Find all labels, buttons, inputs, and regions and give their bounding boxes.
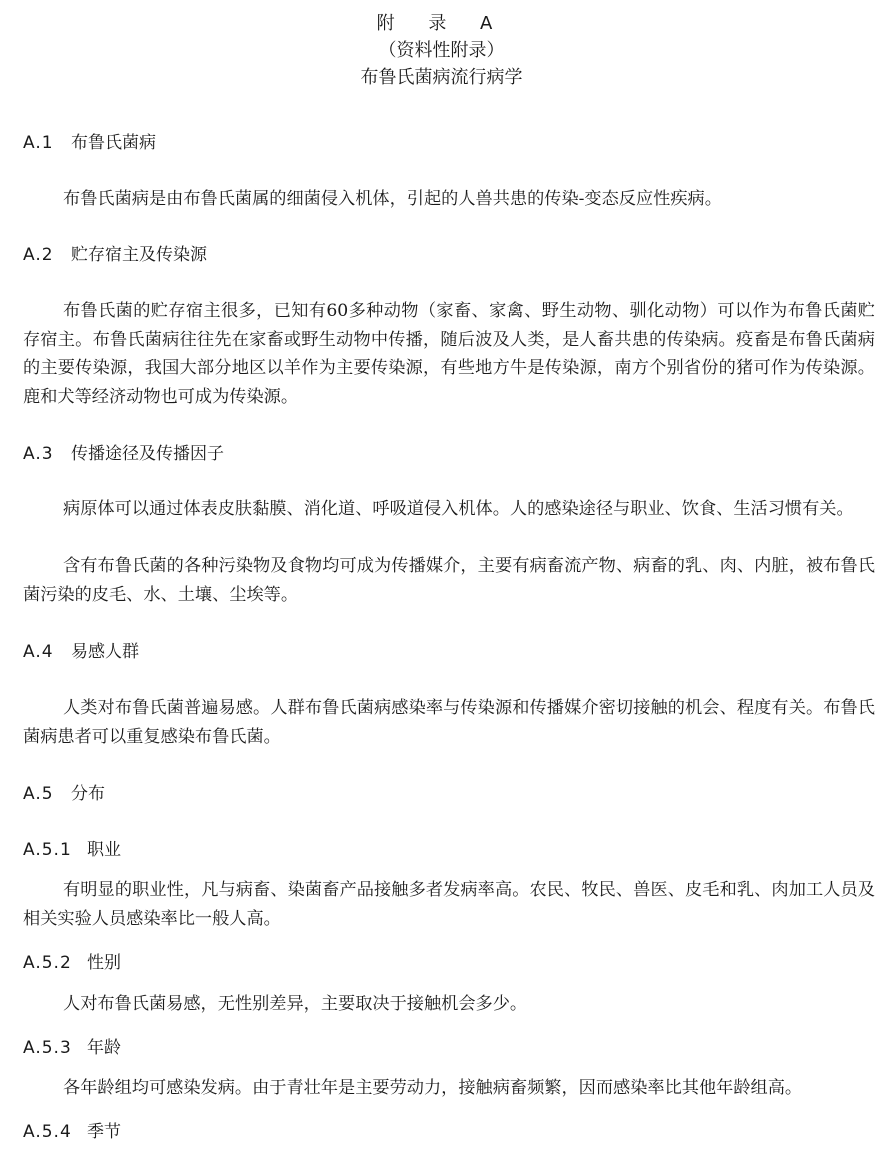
annex-label: 附 录 A bbox=[0, 10, 883, 37]
annex-title: 布鲁氏菌病流行病学 bbox=[0, 64, 883, 91]
section-number: A.5.1 bbox=[23, 838, 87, 862]
section-heading-a1: A.1布鲁氏菌病 bbox=[23, 131, 156, 155]
section-title: 分布 bbox=[71, 784, 105, 804]
paragraph: 病原体可以通过体表皮肤黏膜、消化道、呼吸道侵入机体。人的感染途径与职业、饮食、生… bbox=[23, 495, 875, 524]
section-number: A.2 bbox=[23, 243, 71, 267]
paragraph: 含有布鲁氏菌的各种污染物及食物均可成为传播媒介，主要有病畜流产物、病畜的乳、肉、… bbox=[23, 552, 875, 609]
section-heading-a2: A.2贮存宿主及传染源 bbox=[23, 243, 207, 267]
section-number: A.3 bbox=[23, 442, 71, 466]
section-heading-a5-4: A.5.4季节 bbox=[23, 1120, 121, 1144]
section-heading-a5-2: A.5.2性别 bbox=[23, 951, 121, 975]
section-title: 季节 bbox=[87, 1122, 121, 1142]
section-number: A.4 bbox=[23, 640, 71, 664]
annex-header: 附 录 A （资料性附录） 布鲁氏菌病流行病学 bbox=[0, 10, 883, 91]
section-number: A.5.3 bbox=[23, 1036, 87, 1060]
section-title: 职业 bbox=[87, 840, 121, 860]
section-heading-a5: A.5分布 bbox=[23, 782, 105, 806]
paragraph: 人类对布鲁氏菌普遍易感。人群布鲁氏菌病感染率与传染源和传播媒介密切接触的机会、程… bbox=[23, 694, 875, 751]
section-title: 易感人群 bbox=[71, 642, 139, 662]
paragraph: 布鲁氏菌的贮存宿主很多，已知有60多种动物（家畜、家禽、野生动物、驯化动物）可以… bbox=[23, 297, 875, 411]
section-number: A.5.4 bbox=[23, 1120, 87, 1144]
section-heading-a5-3: A.5.3年龄 bbox=[23, 1036, 121, 1060]
paragraph: 有明显的职业性，凡与病畜、染菌畜产品接触多者发病率高。农民、牧民、兽医、皮毛和乳… bbox=[23, 876, 875, 933]
section-heading-a5-1: A.5.1职业 bbox=[23, 838, 121, 862]
section-number: A.5 bbox=[23, 782, 71, 806]
section-number: A.1 bbox=[23, 131, 71, 155]
section-title: 传播途径及传播因子 bbox=[71, 444, 224, 464]
section-heading-a4: A.4易感人群 bbox=[23, 640, 139, 664]
paragraph: 布鲁氏菌病是由布鲁氏菌属的细菌侵入机体，引起的人兽共患的传染-变态反应性疾病。 bbox=[23, 185, 875, 214]
section-title: 贮存宿主及传染源 bbox=[71, 245, 207, 265]
section-heading-a3: A.3传播途径及传播因子 bbox=[23, 442, 224, 466]
paragraph: 人对布鲁氏菌易感，无性别差异，主要取决于接触机会多少。 bbox=[23, 990, 875, 1019]
annex-type: （资料性附录） bbox=[0, 37, 883, 64]
section-title: 年龄 bbox=[87, 1038, 121, 1058]
section-title: 性别 bbox=[87, 953, 121, 973]
section-number: A.5.2 bbox=[23, 951, 87, 975]
section-title: 布鲁氏菌病 bbox=[71, 133, 156, 153]
paragraph: 各年龄组均可感染发病。由于青壮年是主要劳动力，接触病畜频繁，因而感染率比其他年龄… bbox=[23, 1074, 875, 1103]
